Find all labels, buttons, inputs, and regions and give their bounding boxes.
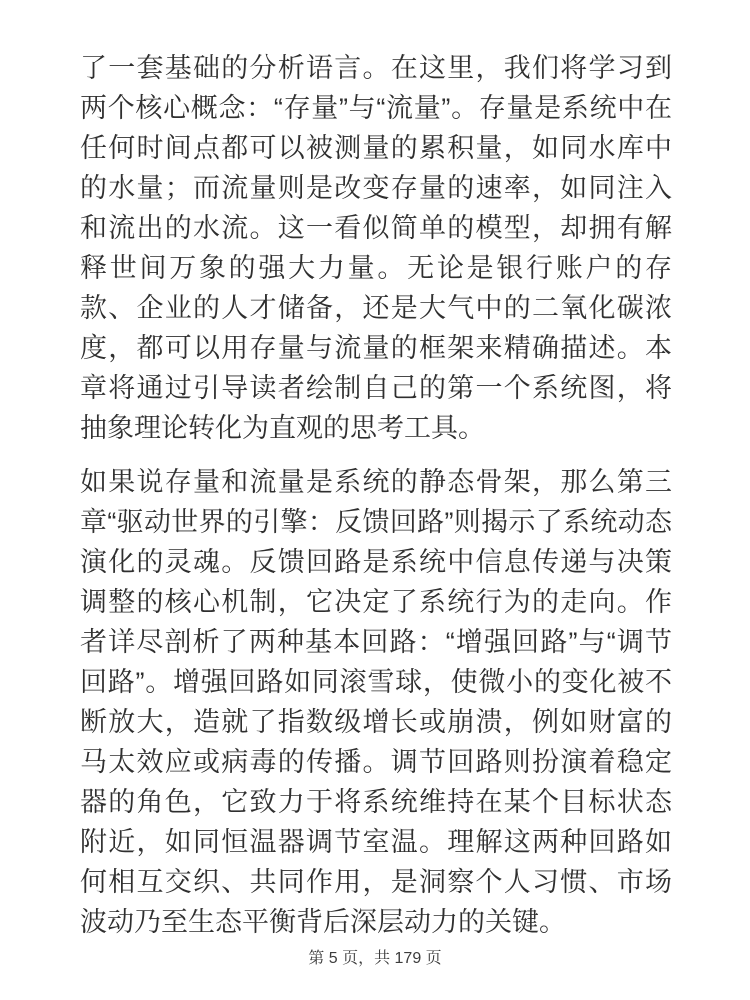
page-content: 了一套基础的分析语言。在这里，我们将学习到两个核心概念：“存量”与“流量”。存量…: [80, 48, 672, 956]
paragraph-stocks-and-flows: 了一套基础的分析语言。在这里，我们将学习到两个核心概念：“存量”与“流量”。存量…: [80, 48, 672, 448]
page-number-footer: 第 5 页，共 179 页: [0, 950, 750, 968]
paragraph-feedback-loops: 如果说存量和流量是系统的静态骨架，那么第三章“驱动世界的引擎：反馈回路”则揭示了…: [80, 462, 672, 942]
document-page: 了一套基础的分析语言。在这里，我们将学习到两个核心概念：“存量”与“流量”。存量…: [0, 0, 750, 1000]
